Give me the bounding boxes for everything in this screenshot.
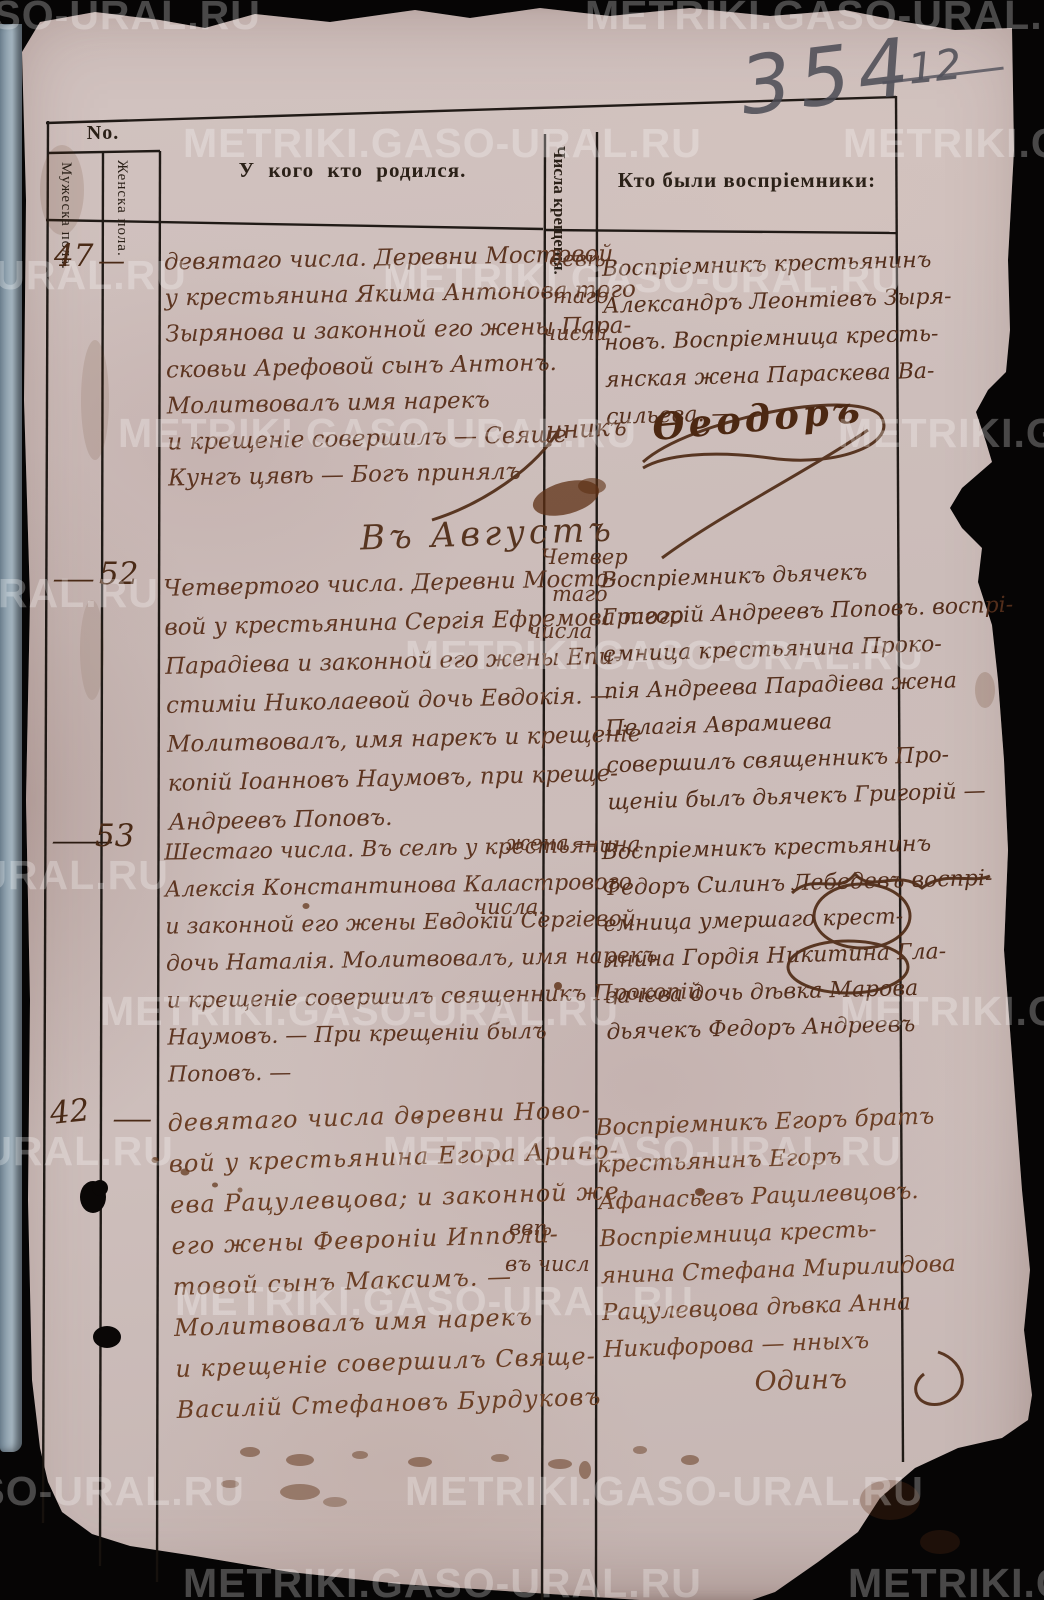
- entry-53-date-fragment: жена —: [506, 831, 596, 855]
- entry-42-godparents: Воспріемникъ Егоръ братъ крестьянинъ Его…: [595, 1098, 960, 1406]
- entry-42-female-dash: —: [112, 1104, 153, 1135]
- entry-47-birth-record: девятаго числа. Деревни Мостовой у крест…: [164, 235, 640, 496]
- scanned-metric-book-page: 354 12 No. Мужеска пола. Женска пола. У …: [0, 0, 1044, 1600]
- header-no: No.: [46, 122, 160, 145]
- entry-53-number: 53: [95, 818, 134, 854]
- entry-42-date-fragment: въ числ: [505, 1252, 590, 1276]
- entry-42-date-fragment: ввѣ: [509, 1216, 552, 1240]
- entry-47-date-fragment: девѣ: [549, 247, 606, 271]
- header-born-column: У кого кто родился.: [165, 158, 540, 183]
- entry-52-male-dash: —: [52, 564, 95, 595]
- entry-53-date-fragment: числа.: [474, 895, 545, 919]
- entry-47-number: 47: [54, 238, 93, 274]
- entry-52-date-fragment: числа: [528, 619, 592, 643]
- entry-47-date-fragment: числа: [543, 321, 607, 345]
- entry-53-godparents: Воспріемникъ крестьянинъ Федоръ Силинъ Л…: [601, 825, 996, 1051]
- entry-47-female-dash: —: [98, 246, 125, 277]
- entry-52-godparents: Воспріемникъ дьячекъ Григорій Андреевъ П…: [600, 550, 1019, 822]
- entry-47-clergy-fragment: нникъ: [545, 412, 627, 445]
- entry-52-date-fragment: таго: [552, 582, 608, 606]
- entry-52-number: 52: [99, 556, 138, 592]
- entry-42-number: 42: [48, 1092, 91, 1132]
- entry-47-date-fragment: таго: [553, 284, 609, 308]
- crossed-out-number: 12: [906, 39, 964, 93]
- header-godparents-column: Кто были воспріемники:: [600, 168, 894, 193]
